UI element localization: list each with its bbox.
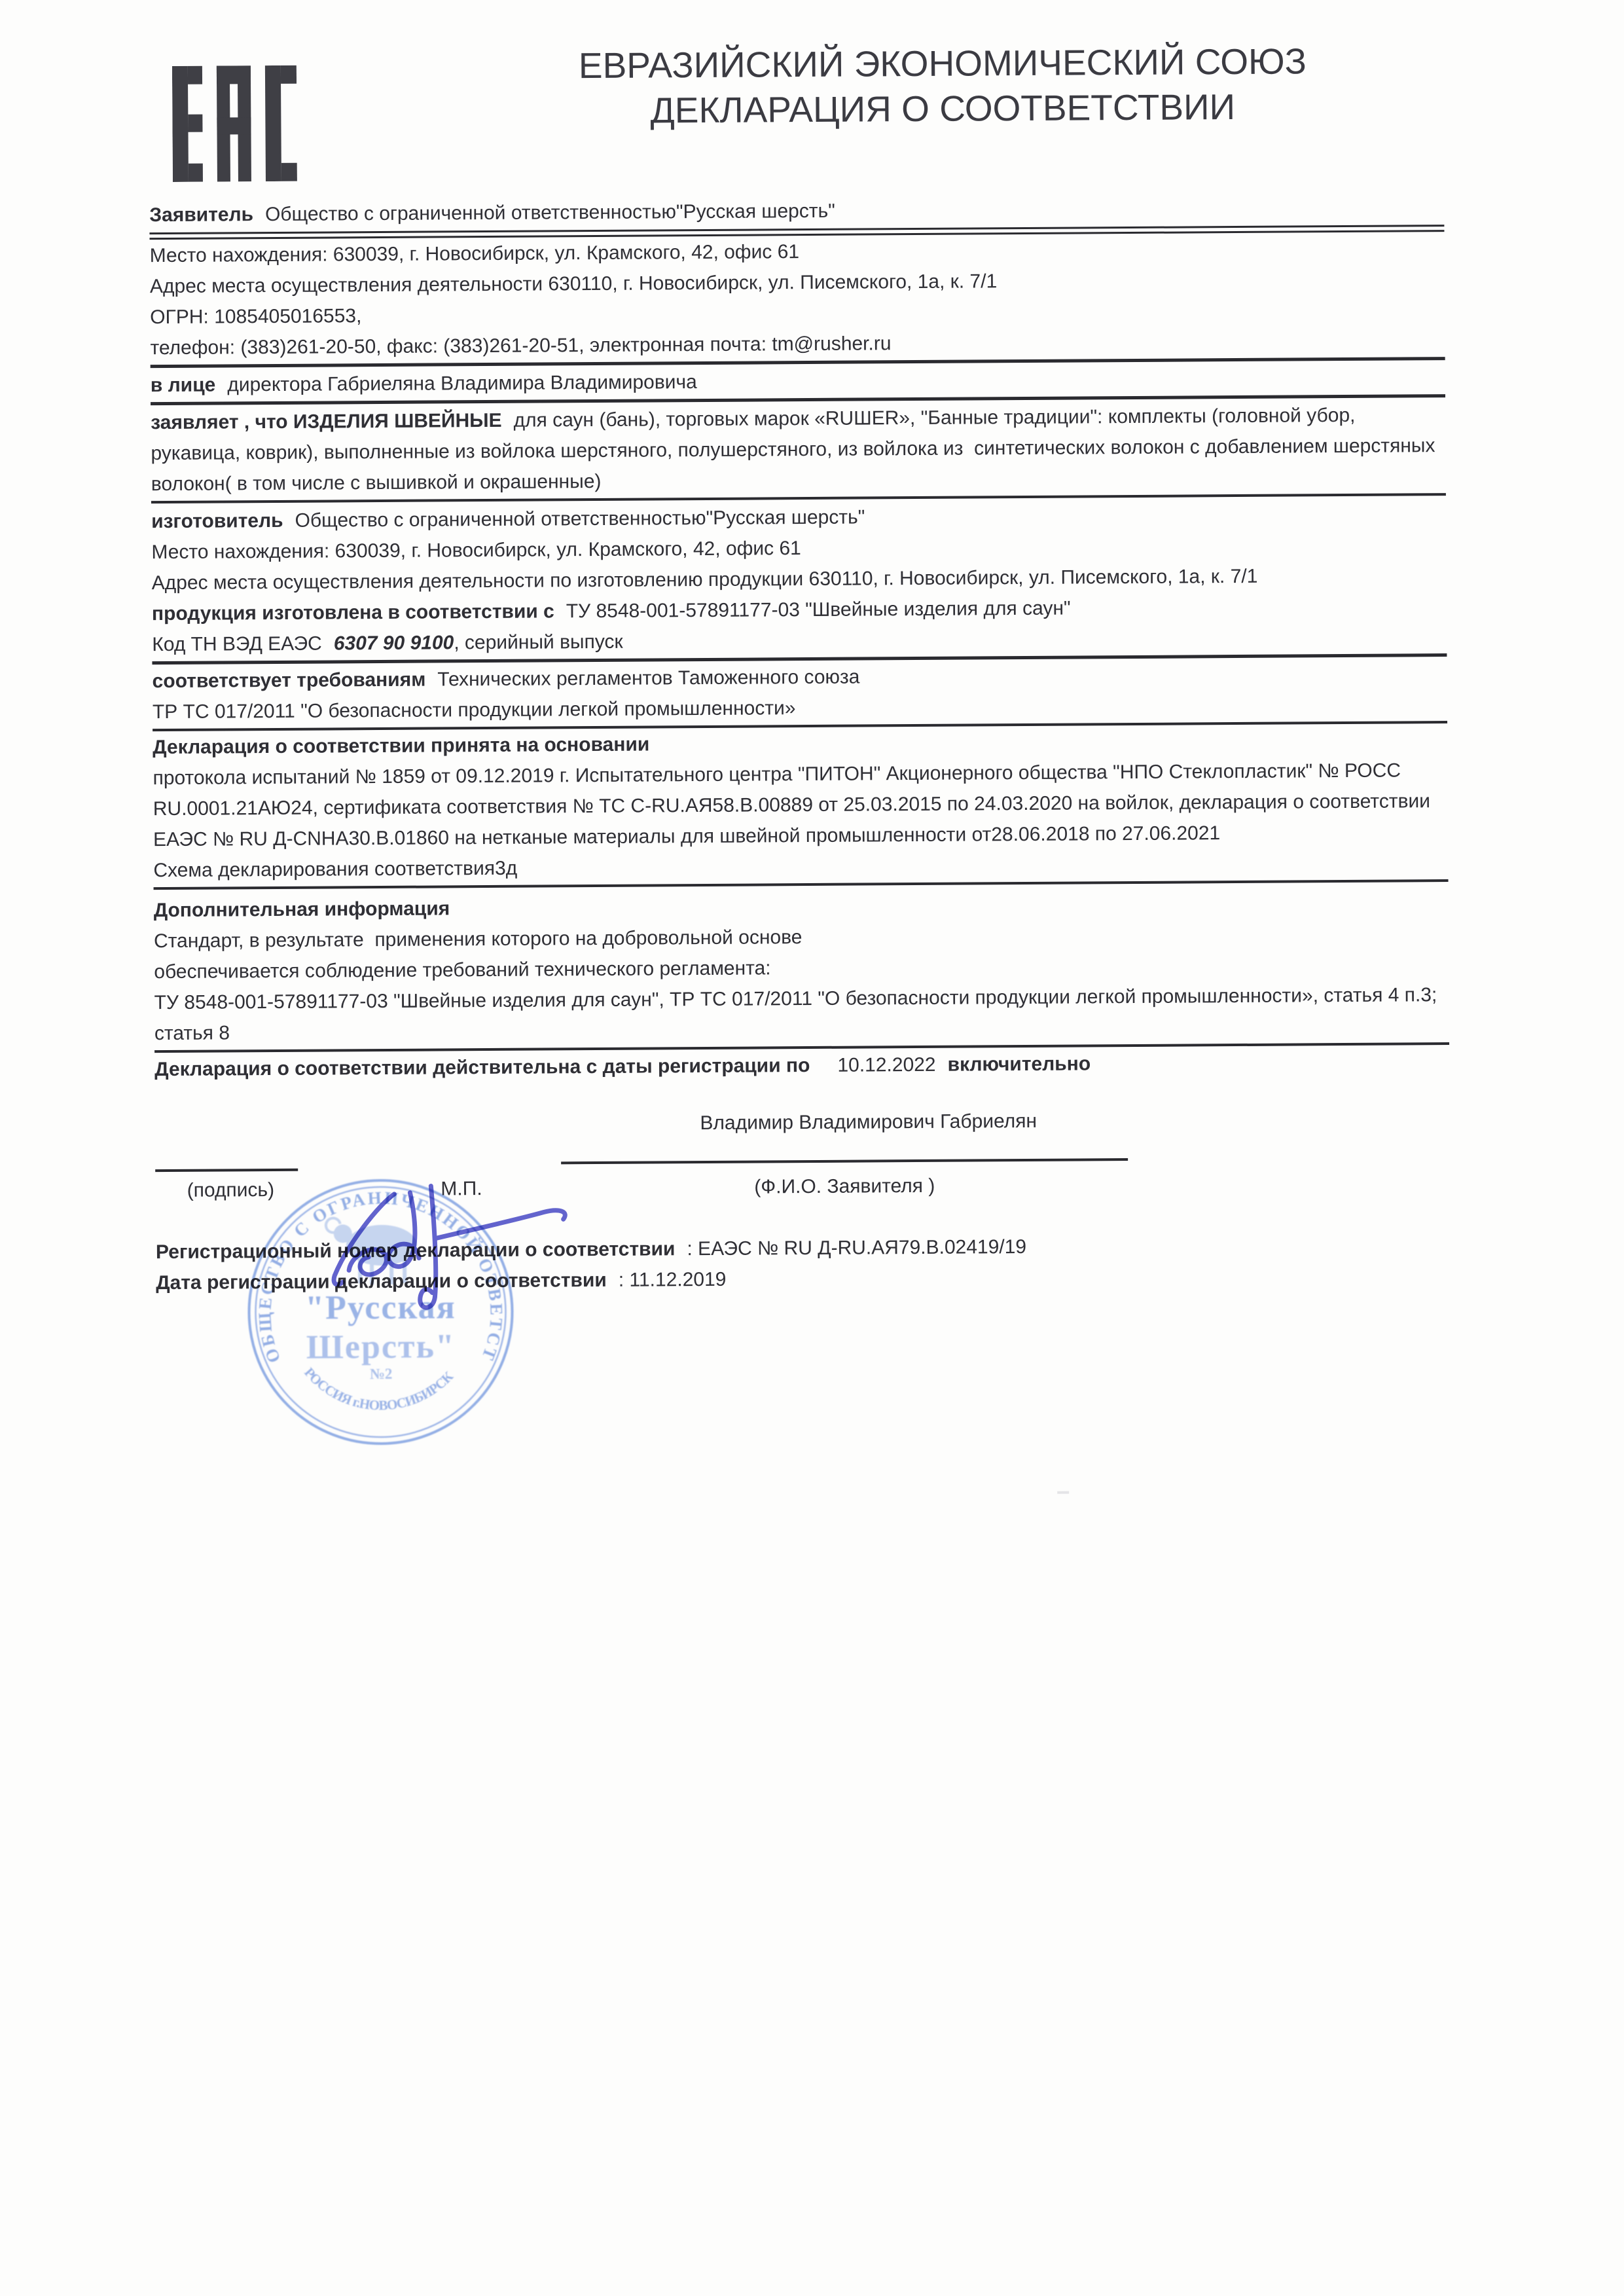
scheme-label: Схема декларирования соответствия — [153, 858, 495, 881]
applicant-fio-name: Владимир Владимирович Габриелян — [574, 1105, 1163, 1139]
fio-line — [561, 1158, 1128, 1164]
tnved-code: 6307 90 9100 — [334, 632, 454, 654]
eac-mark-icon — [172, 65, 297, 182]
compliance-label: соответствует требованиям — [153, 669, 426, 693]
tnved-prefix: Код ТН ВЭД ЕАЭС — [152, 633, 322, 656]
manufacturer-label: изготовитель — [151, 510, 283, 532]
fio-caption: (Ф.И.О. Заявителя ) — [561, 1169, 1128, 1203]
registration-date-value: : 11.12.2019 — [619, 1269, 727, 1291]
basis-text: протокола испытаний № 1859 от 09.12.2019… — [153, 755, 1448, 855]
manufacturer-name: Общество с ограниченной ответственностью… — [295, 506, 865, 531]
validity-suffix: включительно — [947, 1053, 1091, 1075]
document-title: ЕВРАЗИЙСКИЙ ЭКОНОМИЧЕСКИЙ СОЮЗ ДЕКЛАРАЦИ… — [524, 39, 1362, 134]
scheme-value: 3д — [495, 858, 517, 879]
declares-paragraph: заявляет , что ИЗДЕЛИЯ ШВЕЙНЫЕдля саун (… — [151, 399, 1446, 500]
title-union: ЕВРАЗИЙСКИЙ ЭКОНОМИЧЕСКИЙ СОЮЗ — [524, 39, 1362, 89]
signature-line — [155, 1169, 298, 1172]
title-declaration: ДЕКЛАРАЦИЯ О СООТВЕТСТВИИ — [524, 84, 1362, 134]
declaration-document: ЕВРАЗИЙСКИЙ ЭКОНОМИЧЕСКИЙ СОЮЗ ДЕКЛАРАЦИ… — [0, 0, 1624, 2296]
registration-number-value: : ЕАЭС № RU Д-RU.АЯ79.В.02419/19 — [687, 1236, 1026, 1260]
stamp-center-line3: №2 — [370, 1366, 393, 1382]
scanned-sheet: ЕВРАЗИЙСКИЙ ЭКОНОМИЧЕСКИЙ СОЮЗ ДЕКЛАРАЦИ… — [0, 0, 1624, 2296]
declares-label: заявляет , что ИЗДЕЛИЯ ШВЕЙНЫЕ — [151, 410, 502, 433]
applicant-label: Заявитель — [149, 204, 253, 226]
production-label: продукция изготовлена в соответствии с — [152, 600, 554, 625]
tnved-suffix: , серийный выпуск — [454, 631, 623, 654]
applicant-name: Общество с ограниченной ответственностью… — [265, 200, 835, 225]
representative-label: в лице — [151, 374, 216, 397]
document-body: ЗаявительОбщество с ограниченной ответст… — [149, 192, 1451, 1298]
applicant-line: ЗаявительОбщество с ограниченной ответст… — [149, 192, 1444, 230]
eac-logo — [172, 65, 297, 182]
scan-artifact — [1057, 1491, 1069, 1494]
validity-label: Декларация о соответствии действительна … — [154, 1055, 810, 1080]
validity-date: 10.12.2022 — [837, 1054, 935, 1076]
additional-line3: ТУ 8548-001-57891177-03 "Швейные изделия… — [154, 979, 1449, 1049]
representative-value: директора Габриеляна Владимира Владимиро… — [227, 371, 697, 395]
production-value: ТУ 8548-001-57891177-03 "Швейные изделия… — [566, 598, 1071, 623]
signature-scribble — [281, 1165, 584, 1338]
compliance-value: Технических регламентов Таможенного союз… — [437, 666, 859, 691]
